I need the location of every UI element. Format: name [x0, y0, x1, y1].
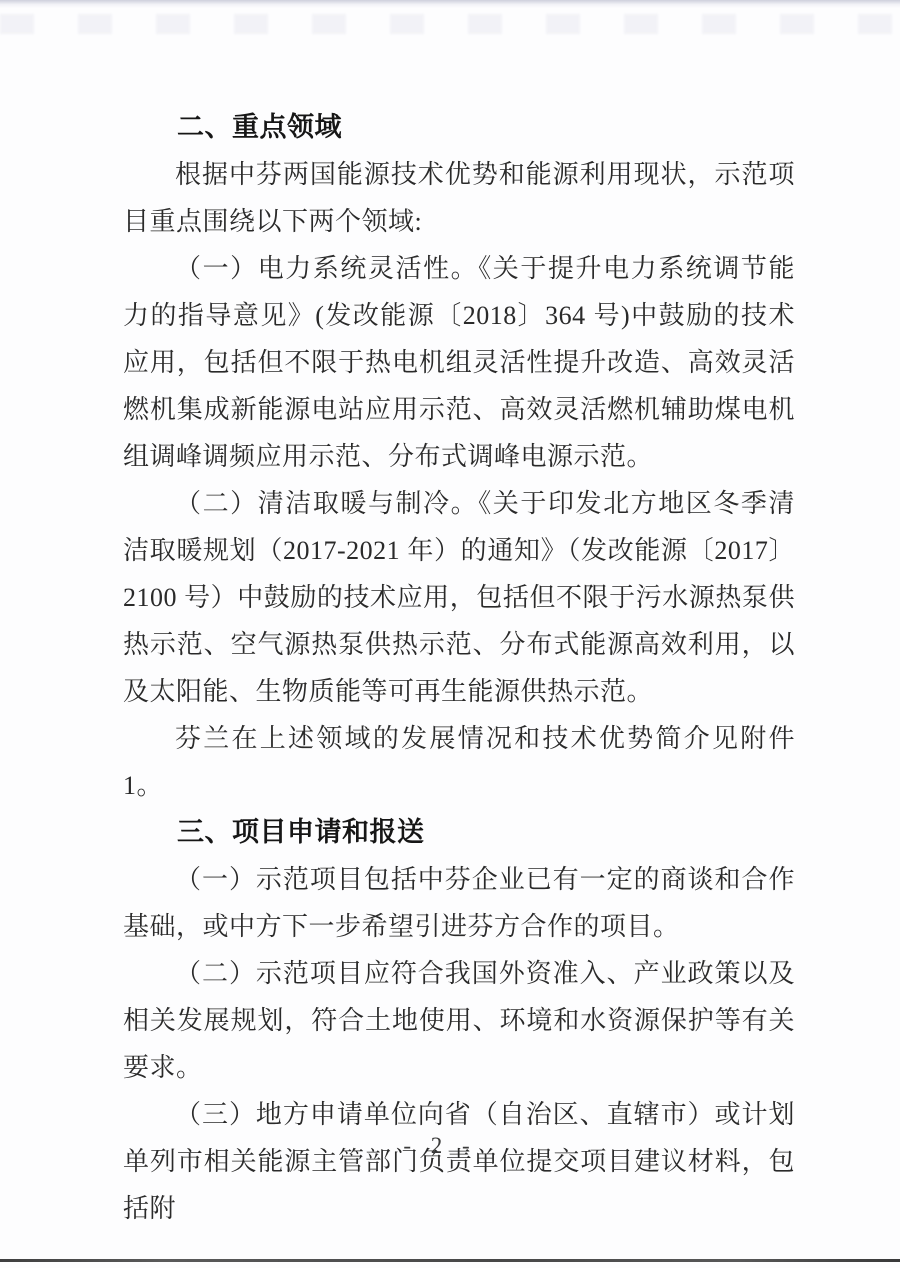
paragraph-application-item-3: （三）地方申请单位向省（自治区、直辖市）或计划单列市相关能源主管部门负责单位提交… — [123, 1091, 795, 1232]
page-number: - 2 - — [0, 1133, 880, 1159]
scanned-document-page: { "colors": { "paper": "#fdfdfe", "ink":… — [0, 0, 900, 1268]
paragraph-application-item-1: （一）示范项目包括中芬企业已有一定的商谈和合作基础，或中方下一步希望引进芬方合作… — [123, 856, 795, 950]
scan-artifact-bottom-edge — [0, 1259, 900, 1262]
paragraph-clean-heating-cooling: （二）清洁取暖与制冷。《关于印发北方地区冬季清洁取暖规划（2017-2021 年… — [123, 480, 795, 715]
paragraph-finland-attachment-note: 芬兰在上述领域的发展情况和技术优势简介见附件 1。 — [123, 715, 795, 809]
paragraph-power-system-flexibility: （一）电力系统灵活性。《关于提升电力系统调节能力的指导意见》(发改能源〔2018… — [123, 245, 795, 480]
paragraph-application-item-2: （二）示范项目应符合我国外资准入、产业政策以及相关发展规划，符合土地使用、环境和… — [123, 950, 795, 1091]
paragraph-key-areas-intro: 根据中芬两国能源技术优势和能源利用现状，示范项目重点围绕以下两个领域: — [123, 151, 795, 245]
section-heading-application: 三、项目申请和报送 — [123, 809, 795, 856]
document-text-block: 二、重点领域 根据中芬两国能源技术优势和能源利用现状，示范项目重点围绕以下两个领… — [123, 104, 795, 1232]
section-heading-key-areas: 二、重点领域 — [123, 104, 795, 151]
scan-artifact-top-edge — [0, 0, 900, 8]
scan-artifact-top-band — [0, 14, 900, 34]
